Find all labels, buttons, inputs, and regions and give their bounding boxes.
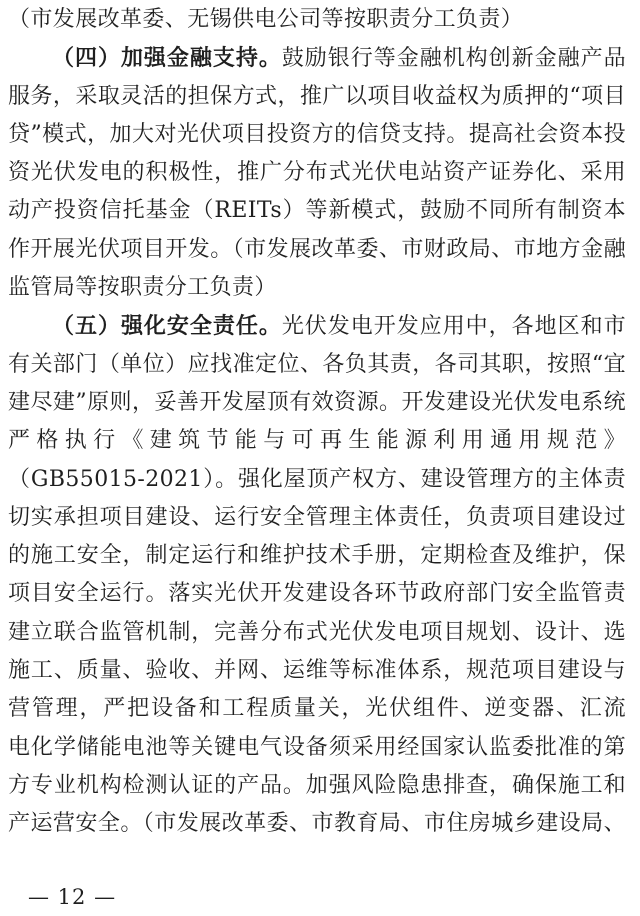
text-segment: 方专业机构检测认证的产品。加强风险隐患排查，确保施工和生 — [8, 773, 626, 805]
heading-segment: （四）加强金融支持。 — [52, 45, 282, 71]
text-segment: 严格执行《建筑节能与可再生能源利用通用规范》 — [8, 428, 626, 453]
text-line: 贷”模式，加大对光伏项目投资方的信贷支持。提高社会资本投 — [8, 116, 626, 154]
text-line: （五）强化安全责任。光伏发电开发应用中，各地区和市各 — [8, 307, 626, 345]
text-line: 电化学储能电池等关键电气设备须采用经国家认监委批准的第三 — [8, 729, 626, 767]
text-line: 监管局等按职责分工负责） — [8, 269, 626, 307]
page-number: — 12 — — [28, 878, 116, 916]
text-segment: （市发展改革委、无锡供电公司等按职责分工负责） — [8, 7, 523, 32]
text-line: 资光伏发电的积极性，推广分布式光伏电站资产证券化、采用不 — [8, 154, 626, 192]
text-line: 建尽建”原则，妥善开发屋顶有效资源。开发建设光伏发电系统 — [8, 384, 626, 422]
text-line: 项目安全运行。落实光伏开发建设各环节政府部门安全监管责任， — [8, 575, 626, 613]
text-line: 产运营安全。（市发展改革委、市教育局、市住房城乡建设局、 — [8, 805, 626, 843]
text-segment: 建尽建”原则，妥善开发屋顶有效资源。开发建设光伏发电系统 — [8, 390, 626, 415]
text-segment: 资光伏发电的积极性，推广分布式光伏电站资产证券化、采用不 — [8, 160, 626, 192]
text-line: 服务，采取灵活的担保方式，推广以项目收益权为质押的“项目 — [8, 78, 626, 116]
text-line: 方专业机构检测认证的产品。加强风险隐患排查，确保施工和生 — [8, 767, 626, 805]
text-segment: 动产投资信托基金（REITs）等新模式，鼓励不同所有制资本合 — [8, 198, 626, 230]
text-line: 建立联合监管机制，完善分布式光伏发电项目规划、设计、选材、 — [8, 614, 626, 652]
text-line: 营管理，严把设备和工程质量关，光伏组件、逆变器、汇流箱、 — [8, 690, 626, 728]
text-segment: 建立联合监管机制，完善分布式光伏发电项目规划、设计、选材、 — [8, 620, 626, 652]
text-line: 严格执行《建筑节能与可再生能源利用通用规范》 — [8, 422, 626, 460]
text-line: 施工、质量、验收、并网、运维等标准体系，规范项目建设与运 — [8, 652, 626, 690]
text-segment: 营管理，严把设备和工程质量关，光伏组件、逆变器、汇流箱、 — [8, 696, 626, 728]
text-line: 的施工安全，制定运行和维护技术手册，定期检查及维护，保障 — [8, 537, 626, 575]
document-page: （市发展改革委、无锡供电公司等按职责分工负责）（四）加强金融支持。鼓励银行等金融… — [0, 0, 640, 916]
text-line: （GB55015-2021）。强化屋顶产权方、建设管理方的主体责任， — [8, 461, 626, 499]
text-segment: 贷”模式，加大对光伏项目投资方的信贷支持。提高社会资本投 — [8, 122, 626, 147]
text-line: 动产投资信托基金（REITs）等新模式，鼓励不同所有制资本合 — [8, 192, 626, 230]
text-segment: 切实承担项目建设、运行安全管理主体责任，负责项目建设过程 — [8, 505, 626, 537]
heading-segment: （五）强化安全责任。 — [52, 313, 282, 339]
text-segment: （GB55015-2021）。强化屋顶产权方、建设管理方的主体责任， — [8, 467, 626, 499]
text-segment: 有关部门（单位）应找准定位、各负其责，各司其职，按照“宜 — [8, 352, 626, 377]
text-line: 切实承担项目建设、运行安全管理主体责任，负责项目建设过程 — [8, 499, 626, 537]
text-line: （市发展改革委、无锡供电公司等按职责分工负责） — [8, 1, 626, 39]
text-segment: 产运营安全。（市发展改革委、市教育局、市住房城乡建设局、 — [8, 811, 626, 836]
text-segment: 电化学储能电池等关键电气设备须采用经国家认监委批准的第三 — [8, 735, 626, 767]
text-segment: 监管局等按职责分工负责） — [8, 275, 277, 300]
document-body: （市发展改革委、无锡供电公司等按职责分工负责）（四）加强金融支持。鼓励银行等金融… — [8, 1, 626, 844]
text-segment: 的施工安全，制定运行和维护技术手册，定期检查及维护，保障 — [8, 543, 626, 575]
text-segment: 项目安全运行。落实光伏开发建设各环节政府部门安全监管责任， — [8, 581, 626, 613]
text-line: （四）加强金融支持。鼓励银行等金融机构创新金融产品和 — [8, 39, 626, 77]
text-segment: 服务，采取灵活的担保方式，推广以项目收益权为质押的“项目 — [8, 84, 626, 109]
text-segment: 施工、质量、验收、并网、运维等标准体系，规范项目建设与运 — [8, 658, 626, 690]
text-line: 作开展光伏项目开发。（市发展改革委、市财政局、市地方金融 — [8, 231, 626, 269]
text-line: 有关部门（单位）应找准定位、各负其责，各司其职，按照“宜 — [8, 346, 626, 384]
text-segment: 作开展光伏项目开发。（市发展改革委、市财政局、市地方金融 — [8, 237, 626, 262]
